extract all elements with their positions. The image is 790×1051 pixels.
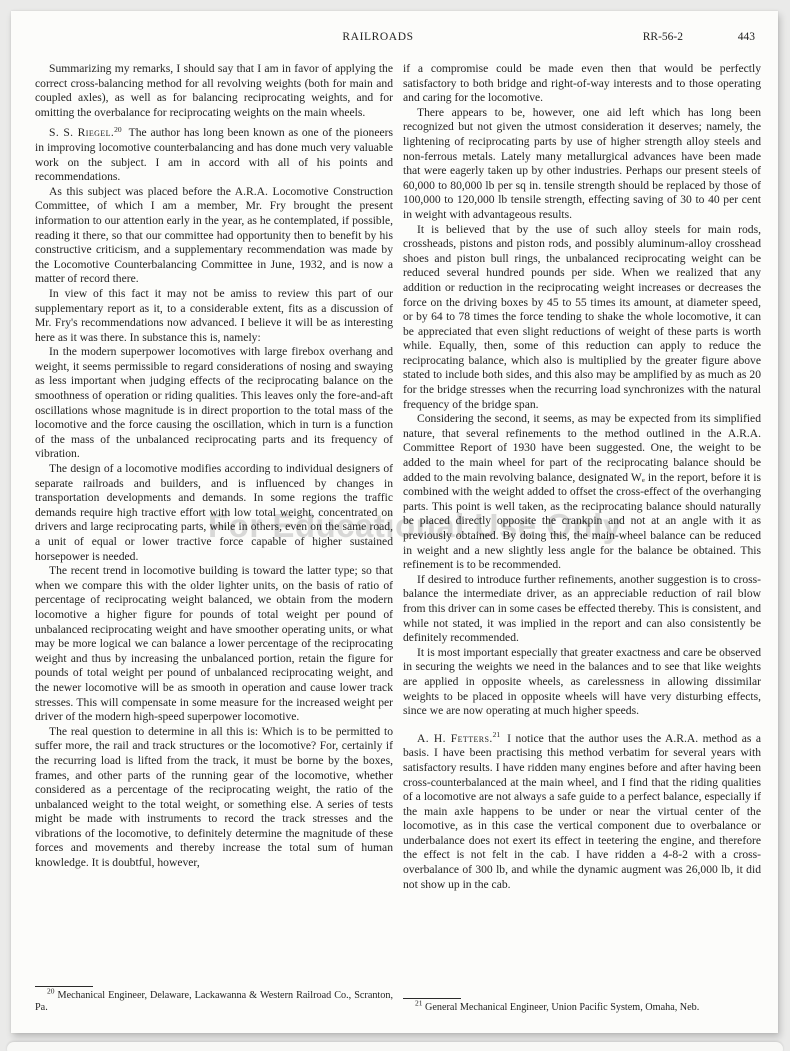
paragraph: The recent trend in locomotive building … <box>35 564 393 725</box>
paragraph-text: I notice that the author uses the A.R.A.… <box>403 732 761 891</box>
right-column: if a compromise could be made even then … <box>403 62 761 1015</box>
paragraph: Summarizing my remarks, I should say tha… <box>35 62 393 120</box>
paragraph: Considering the second, it seems, as may… <box>403 412 761 573</box>
footnote-text: Mechanical Engineer, Delaware, Lackawann… <box>35 990 393 1014</box>
paragraph: It is most important especially that gre… <box>403 646 761 719</box>
paragraph: If desired to introduce further refineme… <box>403 573 761 646</box>
footnote-rule <box>35 986 93 987</box>
left-column: Summarizing my remarks, I should say tha… <box>35 62 393 1015</box>
speaker-paragraph-fetters: A. H. Fetters.21I notice that the author… <box>403 732 761 893</box>
footnote: 21 General Mechanical Engineer, Union Pa… <box>403 1002 761 1015</box>
paragraph: The real question to determine in all th… <box>35 725 393 871</box>
document-page: RAILROADS RR-56-2 443 For Educational Us… <box>11 11 778 1033</box>
underlying-page-edge <box>7 1042 783 1051</box>
footnote-rule <box>403 998 461 999</box>
footnote-reference: 21 <box>493 730 501 739</box>
paragraph: There appears to be, however, one aid le… <box>403 106 761 223</box>
page-number: 443 <box>738 31 755 43</box>
paragraph-continuation: if a compromise could be made even then … <box>403 62 761 106</box>
paragraph: In view of this fact it may not be amiss… <box>35 287 393 345</box>
footnote-block: 20 Mechanical Engineer, Delaware, Lackaw… <box>35 984 393 1015</box>
speaker-name: S. S. Riegel. <box>49 126 114 139</box>
scanned-document-page: { "header": { "title": "RAILROADS", "doc… <box>0 0 790 1051</box>
text-columns: Summarizing my remarks, I should say tha… <box>35 62 761 1015</box>
speaker-paragraph-riegel: S. S. Riegel.20The author has long been … <box>35 126 393 184</box>
footnote: 20 Mechanical Engineer, Delaware, Lackaw… <box>35 990 393 1015</box>
footnote-number: 20 <box>47 986 55 995</box>
speaker-name: A. H. Fetters. <box>417 732 493 745</box>
paragraph: In the modern superpower locomotives wit… <box>35 345 393 462</box>
running-head-title: RAILROADS <box>35 31 721 43</box>
page-header: RAILROADS RR-56-2 443 <box>35 31 761 46</box>
footnote-number: 21 <box>415 999 423 1008</box>
document-number: RR-56-2 <box>643 31 683 43</box>
footnote-reference: 20 <box>114 125 122 134</box>
footnote-block: 21 General Mechanical Engineer, Union Pa… <box>403 996 761 1015</box>
paragraph: It is believed that by the use of such a… <box>403 223 761 413</box>
paragraph: As this subject was placed before the A.… <box>35 185 393 287</box>
paragraph: The design of a locomotive modifies acco… <box>35 462 393 564</box>
footnote-text: General Mechanical Engineer, Union Pacif… <box>425 1002 699 1013</box>
